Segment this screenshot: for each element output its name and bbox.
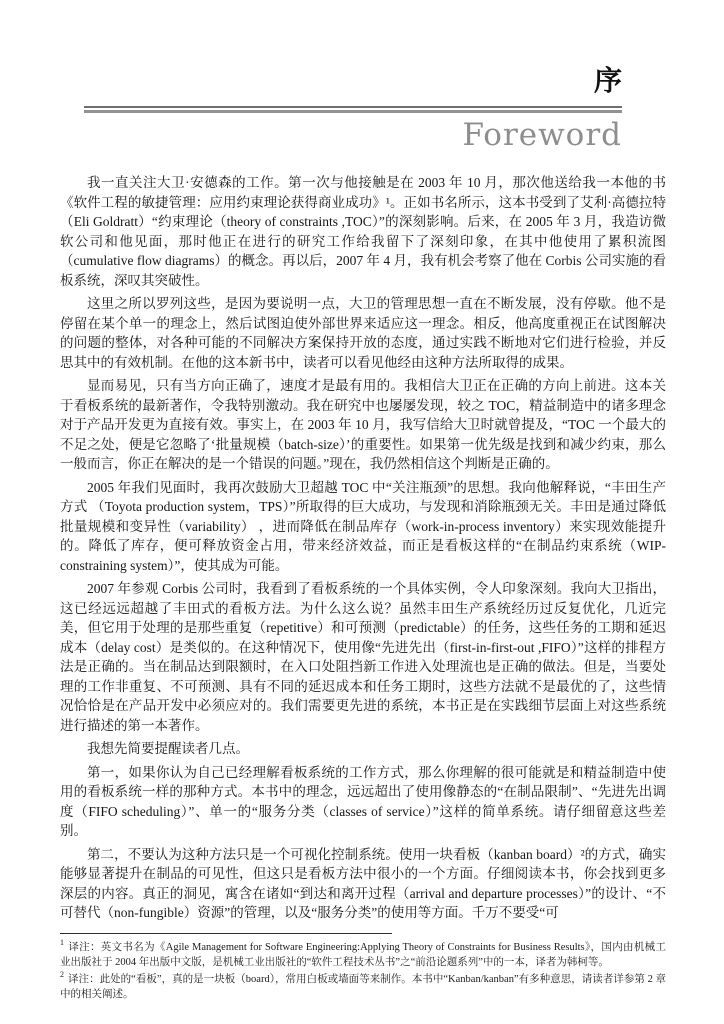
footnote-1-marker: 1 [60,938,64,947]
footnote-2: 2译注：此处的“看板”，真的是一块板（board），常用白板或墙面等来制作。本书… [60,972,666,1002]
footnote-2-text: 译注：此处的“看板”，真的是一块板（board），常用白板或墙面等来制作。本书中… [60,974,666,1000]
footnote-1: 1译注：英文书名为《Agile Management for Software … [60,940,666,970]
paragraph-7: 第一，如果你认为自己已经理解看板系统的工作方式，那么你理解的很可能就是和精益制造… [60,763,666,841]
page-title-english: Foreword [84,118,622,152]
footnotes-section: 1译注：英文书名为《Agile Management for Software … [60,933,666,1002]
footnote-divider-rule [60,933,392,934]
paragraph-3: 显而易见，只有当方向正确了，速度才是最有用的。我相信大卫正在正确的方向上前进。这… [60,376,666,474]
paragraph-2: 这里之所以罗列这些，是因为要说明一点，大卫的管理思想一直在不断发展，没有停歇。他… [60,294,666,372]
foreword-page: 序 Foreword 我一直关注大卫·安德森的工作。第一次与他接触是在 2003… [0,0,724,1024]
footnote-2-marker: 2 [60,970,64,979]
paragraph-1: 我一直关注大卫·安德森的工作。第一次与他接触是在 2003 年 10 月，那次他… [60,173,666,290]
header-divider-rule [84,106,622,113]
foreword-body: 我一直关注大卫·安德森的工作。第一次与他接触是在 2003 年 10 月，那次他… [60,173,666,923]
paragraph-6: 我想先简要提醒读者几点。 [60,739,666,759]
footnote-1-text: 译注：英文书名为《Agile Management for Software E… [60,942,666,968]
paragraph-4: 2005 年我们见面时，我再次鼓励大卫超越 TOC 中“关注瓶颈”的思想。我向他… [60,478,666,576]
paragraph-5: 2007 年参观 Corbis 公司时，我看到了看板系统的一个具体实例，令人印象… [60,579,666,735]
chapter-header: 序 Foreword [84,66,622,152]
paragraph-8: 第二，不要认为这种方法只是一个可视化控制系统。使用一块看板（kanban boa… [60,845,666,923]
page-title-chinese: 序 [84,66,622,98]
